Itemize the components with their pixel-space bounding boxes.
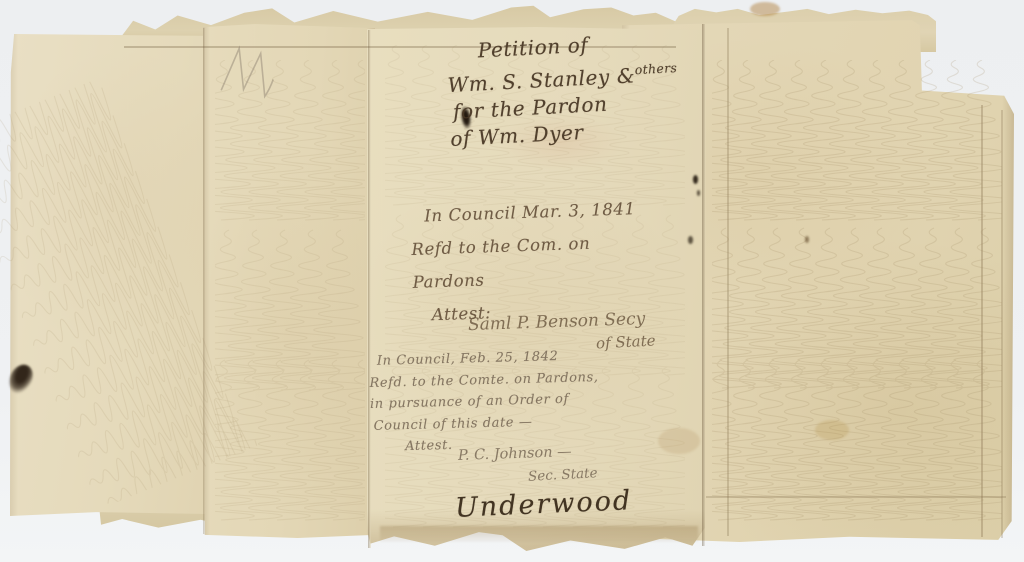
fold-crease [368, 30, 371, 548]
rust-stain [750, 2, 780, 16]
bleedthrough-script-right [712, 60, 1002, 530]
fold-crease [702, 24, 705, 546]
pencil-flourish [218, 39, 280, 106]
council-note-1842: In Council, Feb. 25, 1842 Refd. to the C… [369, 345, 601, 458]
rust-stain [658, 428, 700, 454]
docket-title: Petition of Wm. S. Stanley &others for t… [445, 27, 681, 153]
dirt-smear-bottom [380, 526, 698, 542]
ink-speck [697, 190, 700, 196]
foxing-stain [815, 420, 849, 440]
ink-speck [805, 236, 809, 243]
docket-title-superscript: others [634, 60, 677, 77]
secretary-signature-1841-title: of State [596, 331, 656, 352]
ink-speck [693, 175, 698, 184]
ink-speck [688, 236, 693, 244]
scanned-document: Petition of Wm. S. Stanley &others for t… [0, 0, 1024, 562]
bleedthrough-script-mid-left [215, 60, 365, 530]
